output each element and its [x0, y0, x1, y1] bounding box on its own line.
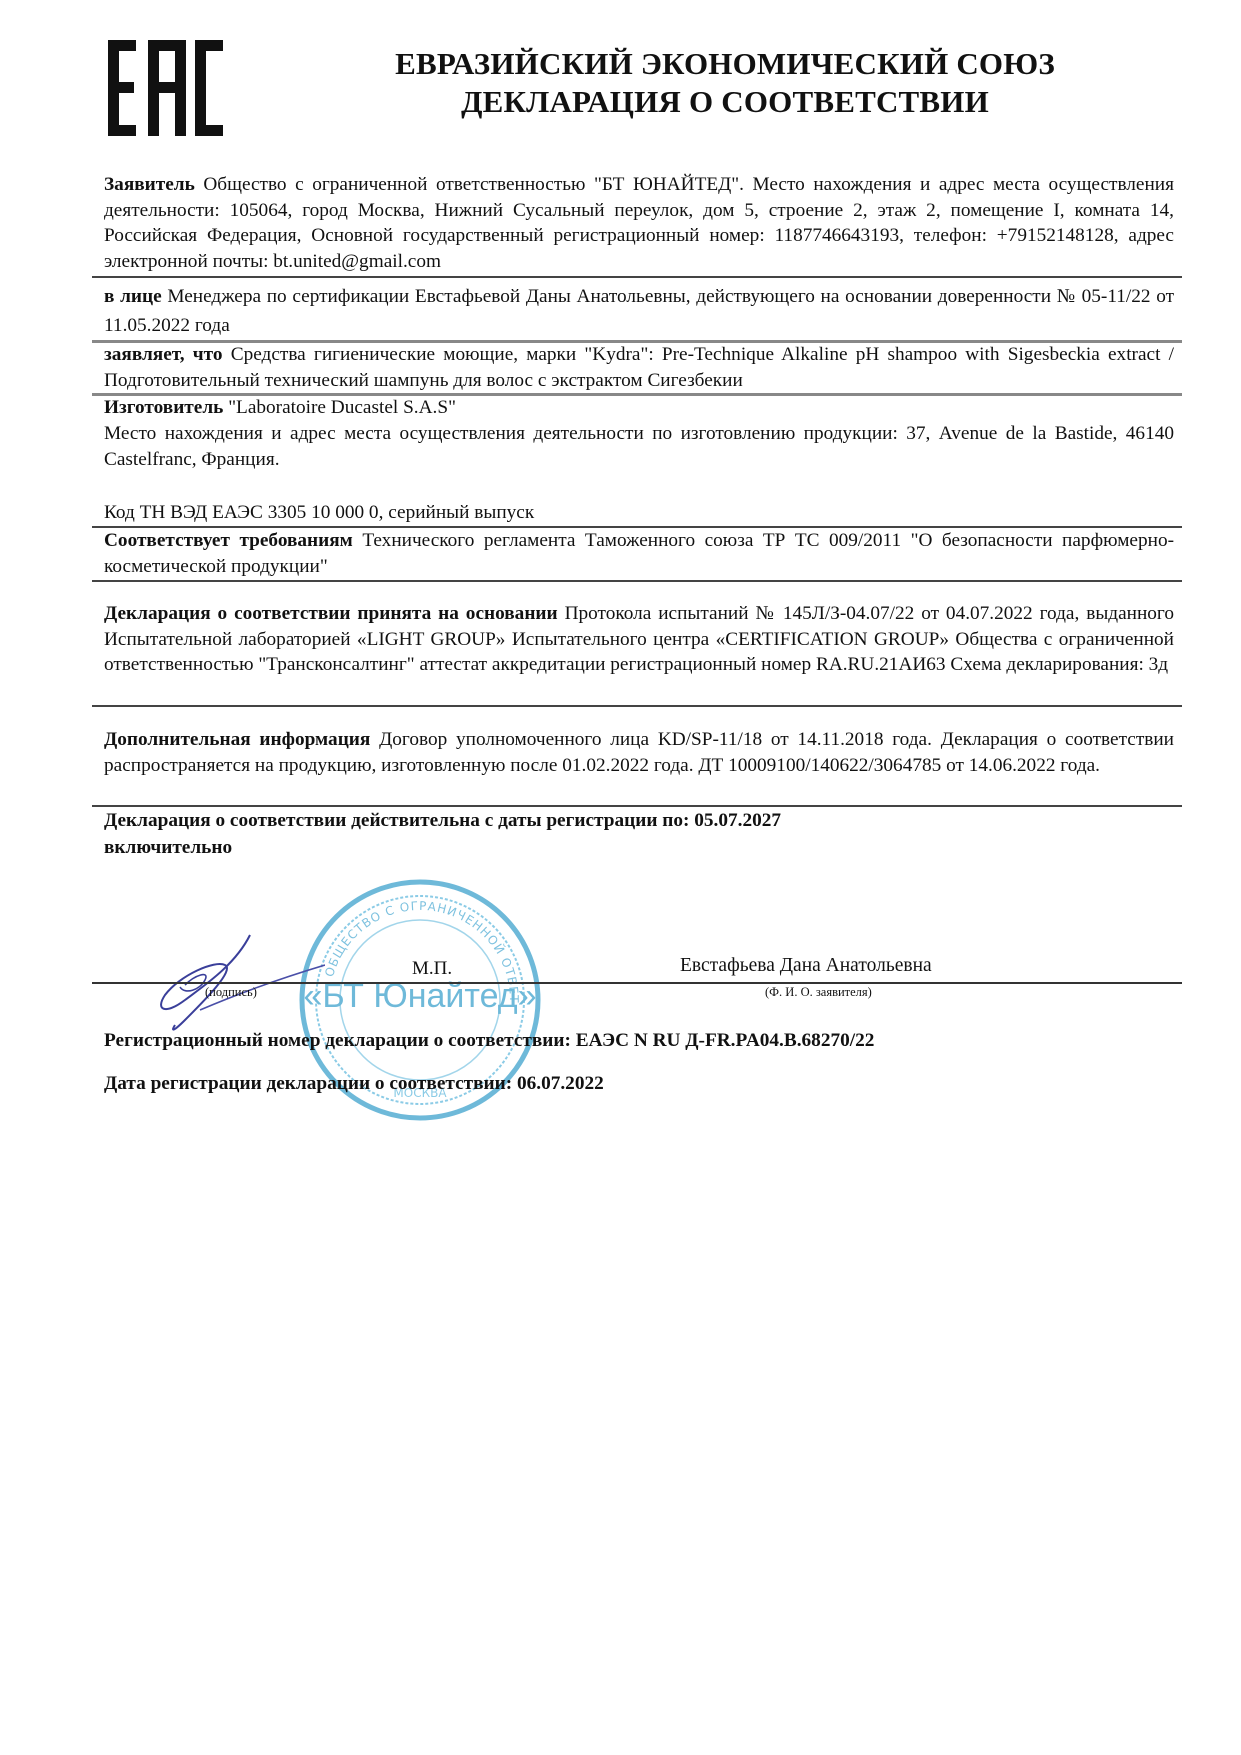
signature-scribble-icon	[145, 925, 325, 1035]
eac-logo	[108, 40, 223, 136]
representative-label: в лице	[104, 286, 162, 307]
divider	[92, 580, 1182, 582]
conforms-section: Соответствует требованиям Технического р…	[104, 528, 1174, 579]
union-title: ЕВРАЗИЙСКИЙ ЭКОНОМИЧЕСКИЙ СОЮЗ	[300, 46, 1150, 82]
document-title: ДЕКЛАРАЦИЯ О СООТВЕТСТВИИ	[300, 84, 1150, 120]
declares-section: заявляет, что Средства гигиенические мою…	[104, 342, 1174, 393]
registration-date: Дата регистрации декларации о соответств…	[104, 1073, 604, 1095]
declares-text: Средства гигиенические моющие, марки "Ky…	[104, 344, 1174, 391]
validity-inclusive: включительно	[104, 837, 232, 859]
additional-label: Дополнительная информация	[104, 729, 370, 750]
manufacturer-address: Место нахождения и адрес места осуществл…	[104, 421, 1174, 472]
representative-text: Менеджера по сертификации Евстафьевой Да…	[104, 286, 1174, 336]
applicant-label: Заявитель	[104, 174, 195, 195]
declares-label: заявляет, что	[104, 344, 223, 365]
applicant-section: Заявитель Общество с ограниченной ответс…	[104, 172, 1174, 274]
divider	[92, 276, 1182, 278]
signature-line	[92, 982, 1182, 984]
signer-name: Евстафьева Дана Анатольевна	[680, 955, 932, 977]
basis-section: Декларация о соответствии принята на осн…	[104, 601, 1174, 678]
applicant-text: Общество с ограниченной ответственностью…	[104, 174, 1174, 272]
basis-label: Декларация о соответствии принята на осн…	[104, 603, 558, 624]
additional-section: Дополнительная информация Договор уполно…	[104, 727, 1174, 778]
manufacturer-label: Изготовитель	[104, 397, 223, 418]
registration-number: Регистрационный номер декларации о соотв…	[104, 1030, 874, 1052]
signer-caption: (Ф. И. О. заявителя)	[765, 985, 872, 1000]
validity-line: Декларация о соответствии действительна …	[104, 810, 781, 832]
representative-section: в лице Менеджера по сертификации Евстафь…	[104, 282, 1174, 340]
conforms-label: Соответствует требованиям	[104, 530, 353, 551]
manufacturer-name: "Laboratoire Ducastel S.A.S"	[228, 397, 456, 418]
tn-ved-code: Код ТН ВЭД ЕАЭС 3305 10 000 0, серийный …	[104, 500, 1174, 526]
divider	[92, 705, 1182, 707]
signature-caption: (подпись)	[205, 985, 257, 1000]
seal-placeholder: М.П.	[412, 958, 452, 980]
manufacturer-section: Изготовитель "Laboratoire Ducastel S.A.S…	[104, 395, 1174, 421]
divider	[92, 805, 1182, 807]
